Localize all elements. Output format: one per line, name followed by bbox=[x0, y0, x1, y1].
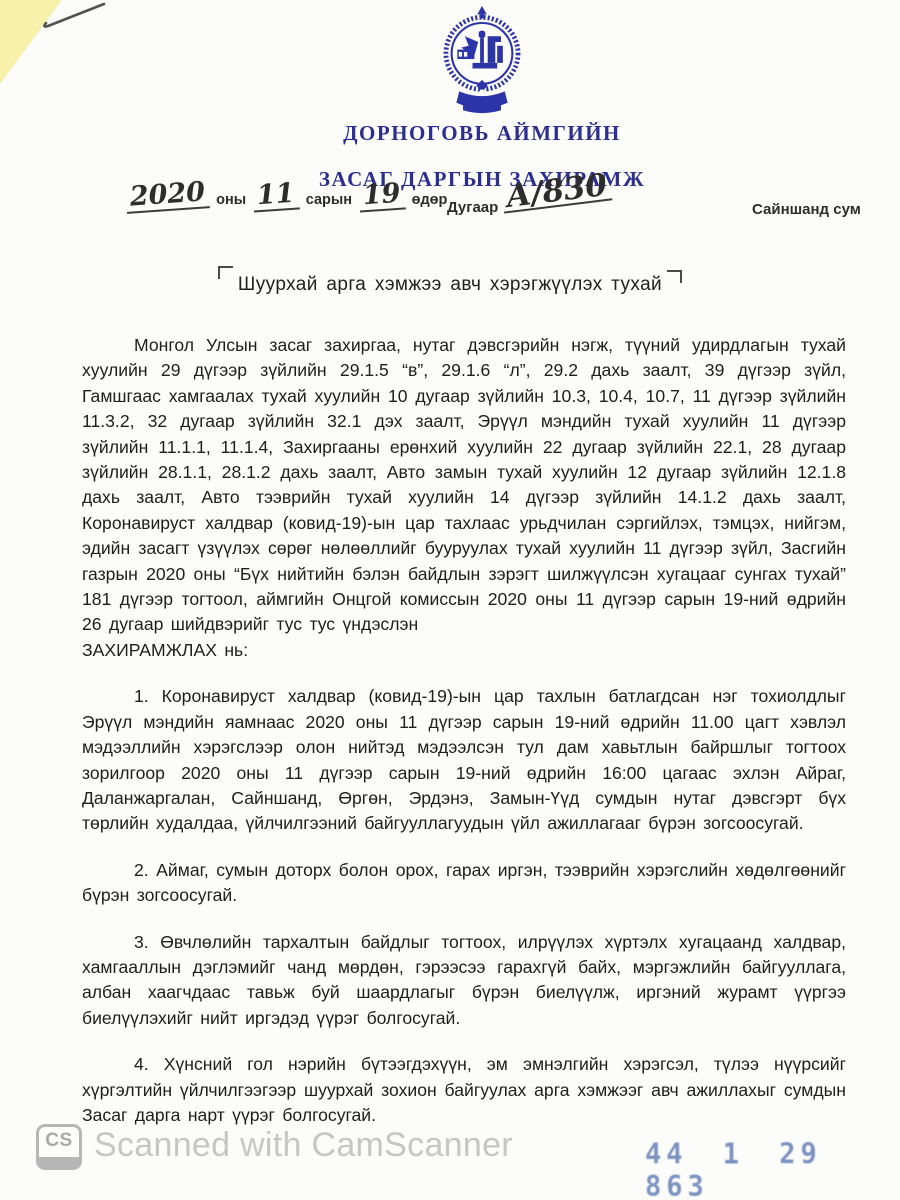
handwritten-document-number: А/830 bbox=[501, 171, 613, 213]
camscanner-cs-label: CS bbox=[39, 1130, 79, 1152]
handwritten-day: 19 bbox=[358, 180, 405, 212]
document-title: Шуурхай арга хэмжээ авч хэрэгжүүлэх туха… bbox=[238, 274, 662, 295]
crop-mark-left bbox=[218, 266, 233, 279]
mongolia-state-emblem-icon bbox=[434, 4, 530, 116]
crop-mark-right bbox=[667, 270, 682, 283]
decree-item-1: 1. Коронавируст халдвар (ковид-19)-ын ца… bbox=[82, 684, 846, 836]
decree-item-2: 2. Аймаг, сумын доторх болон орох, гарах… bbox=[82, 858, 846, 909]
handwritten-month: 11 bbox=[252, 180, 299, 212]
location-label: Сайншанд сум bbox=[752, 201, 861, 218]
month-label: сарын bbox=[306, 192, 352, 211]
org-line1: ДОРНОГОВЬ АЙМГИЙН bbox=[343, 121, 621, 145]
document-header: ДОРНОГОВЬ АЙМГИЙН ЗАСАГ ДАРГЫН ЗАХИРАМЖ bbox=[0, 4, 900, 191]
date-group: 2020 оны 11 сарын 19 өдөр bbox=[126, 182, 447, 211]
camscanner-logo-icon: CS bbox=[36, 1124, 82, 1170]
title-row: Шуурхай арга хэмжээ авч хэрэгжүүлэх туха… bbox=[0, 258, 900, 296]
preamble-paragraph: Монгол Улсын засаг захиргаа, нутаг дэвсг… bbox=[82, 333, 846, 638]
faded-number-stamp: 44 1 29 863 bbox=[645, 1138, 900, 1200]
camscanner-logo-bar bbox=[38, 1157, 80, 1169]
year-label: оны bbox=[216, 192, 246, 211]
decree-item-3: 3. Өвчлөлийн тархалтын байдлыг тогтоох, … bbox=[82, 930, 846, 1032]
decree-item-4: 4. Хүнсний гол нэрийн бүтээгдэхүүн, эм э… bbox=[82, 1052, 846, 1128]
number-label: Дугаар bbox=[447, 199, 498, 216]
date-number-line: 2020 оны 11 сарын 19 өдөр Дугаар А/830 С… bbox=[0, 182, 900, 232]
day-label: өдөр bbox=[412, 192, 448, 211]
decree-line: ЗАХИРАМЖЛАХ нь: bbox=[82, 638, 846, 663]
camscanner-watermark: Scanned with CamScanner bbox=[94, 1126, 513, 1165]
handwritten-year: 2020 bbox=[125, 179, 210, 214]
document-body: Монгол Улсын засаг захиргаа, нутаг дэвсг… bbox=[82, 333, 846, 1128]
